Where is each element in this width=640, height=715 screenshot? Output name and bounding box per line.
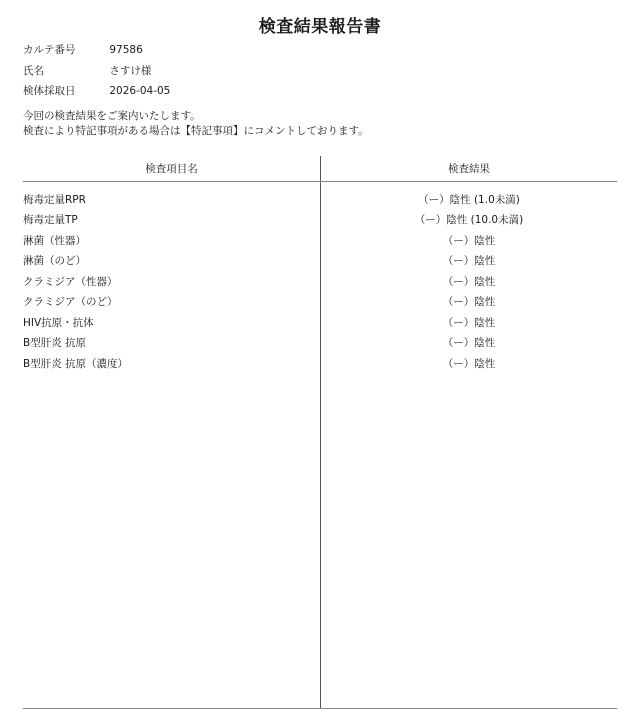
test-result: （ー）陰性: [321, 314, 617, 332]
test-result: （ー）陰性 (10.0未満): [321, 211, 617, 229]
table-row: 淋菌（性器） （ー）陰性: [0, 232, 640, 250]
table-row: B型肝炎 抗原（濃度） （ー）陰性: [0, 355, 640, 373]
table-row: 淋菌（のど） （ー）陰性: [0, 252, 640, 270]
meta-row-patient-name: 氏名 さすけ様: [23, 63, 151, 79]
table-row: HIV抗原・抗体 （ー）陰性: [0, 314, 640, 332]
table-row: 梅毒定量TP （ー）陰性 (10.0未満): [0, 211, 640, 229]
test-name: 梅毒定量RPR: [23, 191, 313, 209]
collection-date-value: 2026-04-05: [109, 83, 170, 99]
test-result: （ー）陰性: [321, 273, 617, 291]
table-row: クラミジア（のど） （ー）陰性: [0, 293, 640, 311]
test-result: （ー）陰性: [321, 293, 617, 311]
test-result: （ー）陰性: [321, 252, 617, 270]
meta-label: 検体採取日: [23, 83, 106, 99]
test-name: クラミジア（のど）: [23, 293, 313, 311]
meta-row-collection-date: 検体採取日 2026-04-05: [23, 83, 170, 99]
meta-row-chart-number: カルテ番号 97586: [23, 42, 143, 58]
test-result: （ー）陰性: [321, 334, 617, 352]
column-header-test-result: 検査結果: [321, 161, 617, 176]
chart-number-value: 97586: [109, 42, 142, 58]
test-name: クラミジア（性器）: [23, 273, 313, 291]
column-header-test-name: 検査項目名: [23, 161, 320, 176]
test-name: 淋菌（のど）: [23, 252, 313, 270]
report-title: 検査結果報告書: [0, 12, 640, 37]
table-row: 梅毒定量RPR （ー）陰性 (1.0未満): [0, 191, 640, 209]
table-row: クラミジア（性器） （ー）陰性: [0, 273, 640, 291]
patient-name-value: さすけ様: [109, 63, 151, 79]
test-name: B型肝炎 抗原: [23, 334, 313, 352]
test-result: （ー）陰性: [321, 355, 617, 373]
test-name: 梅毒定量TP: [23, 211, 313, 229]
intro-line: 今回の検査結果をご案内いたします。: [23, 109, 369, 124]
test-name: B型肝炎 抗原（濃度）: [23, 355, 313, 373]
meta-label: 氏名: [23, 63, 106, 79]
test-name: HIV抗原・抗体: [23, 314, 313, 332]
intro-text: 今回の検査結果をご案内いたします。 検査により特記事項がある場合は【特記事項】に…: [23, 109, 369, 139]
test-result: （ー）陰性 (1.0未満): [321, 191, 617, 209]
test-name: 淋菌（性器）: [23, 232, 313, 250]
meta-label: カルテ番号: [23, 42, 106, 58]
intro-line: 検査により特記事項がある場合は【特記事項】にコメントしております。: [23, 124, 369, 139]
table-bottom-border: [23, 708, 617, 709]
table-row: B型肝炎 抗原 （ー）陰性: [0, 334, 640, 352]
header-divider: [23, 181, 617, 182]
test-result: （ー）陰性: [321, 232, 617, 250]
